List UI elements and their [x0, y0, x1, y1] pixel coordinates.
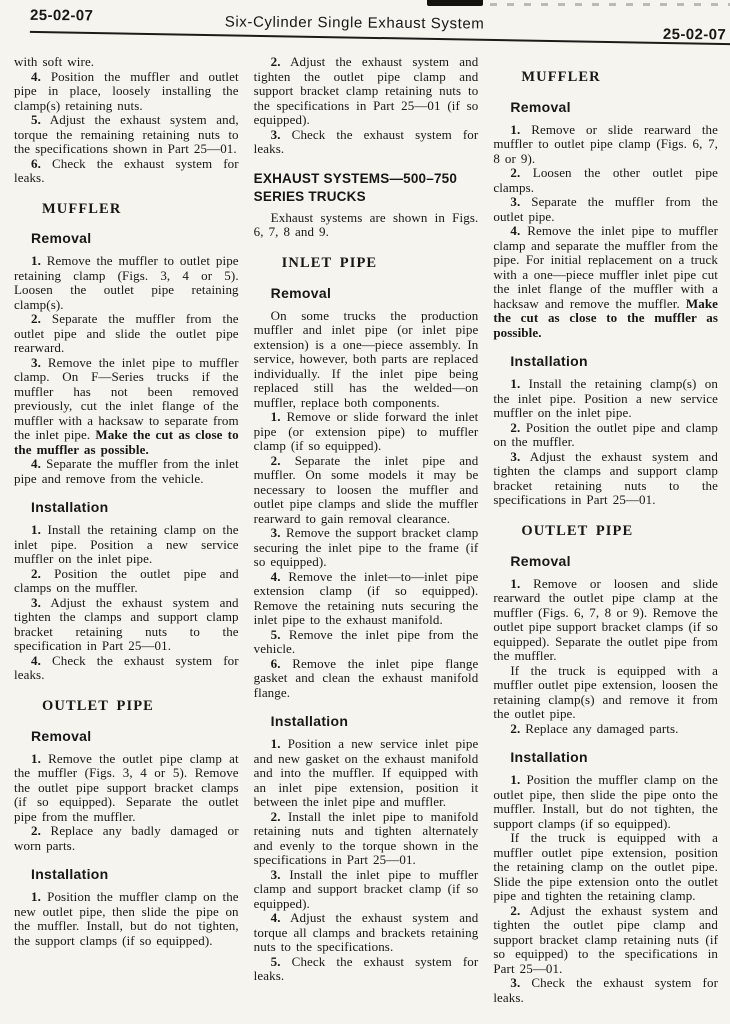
- subsection-heading: Removal: [31, 728, 239, 744]
- step-paragraph: 4. Separate the muffler from the inlet p…: [14, 457, 239, 486]
- step-number: 1.: [510, 576, 520, 591]
- step-paragraph: 3. Separate the muffler from the outlet …: [493, 195, 718, 224]
- text-run: Separate the inlet pipe and muffler. On …: [254, 453, 479, 526]
- page-header: 25-02-07 Six-Cylinder Single Exhaust Sys…: [0, 0, 730, 55]
- step-paragraph: 1. Install the retaining clamp(s) on the…: [493, 377, 718, 421]
- text-run: Position a new service inlet pipe and ne…: [254, 736, 479, 809]
- section-heading: MUFFLER: [42, 201, 239, 218]
- step-paragraph: 4. Adjust the exhaust system and torque …: [254, 911, 479, 955]
- step-paragraph: 1. Remove or loosen and slide rearward t…: [493, 577, 718, 664]
- step-paragraph: 4. Position the muffler and outlet pipe …: [14, 70, 239, 114]
- step-number: 2.: [271, 809, 281, 824]
- text-run: Position the outlet pipe and clamp on th…: [493, 420, 718, 450]
- step-number: 4.: [31, 456, 41, 471]
- text-run: Remove or slide forward the inlet pipe (…: [254, 409, 479, 453]
- step-number: 3.: [271, 867, 281, 882]
- text-run: Check the exhaust system for leaks.: [254, 954, 479, 984]
- step-paragraph: 3. Install the inlet pipe to muffler cla…: [254, 868, 479, 912]
- step-paragraph: 4. Remove the inlet pipe to muffler clam…: [493, 224, 718, 340]
- column-3: MUFFLERRemoval1. Remove or slide rearwar…: [493, 55, 718, 1024]
- text-run: Adjust the exhaust system and tighten th…: [493, 903, 718, 976]
- step-number: 1.: [271, 409, 281, 424]
- step-number: 2.: [31, 311, 41, 326]
- step-number: 4.: [31, 69, 41, 84]
- column-2: 2. Adjust the exhaust system and tighten…: [254, 55, 479, 1024]
- step-number: 3.: [510, 449, 520, 464]
- subsection-heading: Removal: [510, 99, 718, 115]
- step-number: 2.: [31, 566, 41, 581]
- step-paragraph: 1. Position the muffler clamp on the new…: [14, 890, 239, 948]
- subsection-heading: Installation: [31, 866, 239, 882]
- text-run: Position the muffler clamp on the outlet…: [493, 772, 718, 831]
- step-number: 2.: [271, 453, 281, 468]
- step-number: 5.: [271, 954, 281, 969]
- paragraph: If the truck is equipped with a muffler …: [493, 664, 718, 722]
- header-rule: [30, 31, 730, 45]
- continuation-paragraph: with soft wire.: [14, 55, 239, 70]
- manual-page: 25-02-07 Six-Cylinder Single Exhaust Sys…: [0, 0, 730, 1024]
- page-number-left: 25-02-07: [30, 8, 93, 23]
- step-paragraph: 3. Check the exhaust system for leaks.: [254, 128, 479, 157]
- text-run: Install the inlet pipe to muffler clamp …: [254, 867, 479, 911]
- step-number: 1.: [510, 122, 520, 137]
- text-run: Separate the muffler from the outlet pip…: [493, 194, 718, 224]
- step-paragraph: 5. Check the exhaust system for leaks.: [254, 955, 479, 984]
- step-paragraph: 3. Remove the support bracket clamp secu…: [254, 526, 479, 570]
- step-number: 3.: [510, 975, 520, 990]
- step-number: 6.: [271, 656, 281, 671]
- section-heading: MUFFLER: [521, 69, 718, 86]
- step-paragraph: 1. Position a new service inlet pipe and…: [254, 737, 479, 810]
- step-paragraph: 5. Adjust the exhaust system and, torque…: [14, 113, 239, 157]
- step-paragraph: 1. Remove or slide rearward the muffler …: [493, 123, 718, 167]
- step-number: 3.: [510, 194, 520, 209]
- text-run: If the truck is equipped with a muffler …: [493, 830, 718, 903]
- text-run: Check the exhaust system for leaks.: [493, 975, 718, 1005]
- text-run: Position the muffler clamp on the new ou…: [14, 889, 239, 948]
- text-run: Separate the muffler from the inlet pipe…: [14, 456, 239, 486]
- page-number-right: 25-02-07: [663, 27, 726, 42]
- step-number: 4.: [510, 223, 520, 238]
- step-paragraph: 4. Check the exhaust system for leaks.: [14, 654, 239, 683]
- step-paragraph: 2. Separate the muffler from the outlet …: [14, 312, 239, 356]
- step-number: 1.: [271, 736, 281, 751]
- text-run: Remove the outlet pipe clamp at the muff…: [14, 751, 239, 824]
- text-run: Position the outlet pipe and clamps on t…: [14, 566, 239, 596]
- step-paragraph: 2. Replace any badly damaged or worn par…: [14, 824, 239, 853]
- step-paragraph: 4. Remove the inlet—to—inlet pipe extens…: [254, 570, 479, 628]
- step-paragraph: 1. Remove the muffler to outlet pipe ret…: [14, 254, 239, 312]
- text-run: with soft wire.: [14, 54, 94, 69]
- subsection-heading: Installation: [510, 749, 718, 765]
- text-run: Check the exhaust system for leaks.: [14, 156, 239, 186]
- text-run: Remove or loosen and slide rearward the …: [493, 576, 718, 664]
- step-number: 6.: [31, 156, 41, 171]
- paragraph: On some trucks the production muffler an…: [254, 309, 479, 411]
- subsection-heading: Removal: [510, 553, 718, 569]
- step-number: 1.: [31, 522, 41, 537]
- step-number: 3.: [271, 525, 281, 540]
- text-run: Replace any badly damaged or worn parts.: [14, 823, 239, 853]
- step-paragraph: 3. Check the exhaust system for leaks.: [493, 976, 718, 1005]
- text-run: Remove the inlet pipe flange gasket and …: [254, 656, 479, 700]
- step-paragraph: 3. Adjust the exhaust system and tighten…: [493, 450, 718, 508]
- text-run: Adjust the exhaust system and torque all…: [254, 910, 479, 954]
- column-1: with soft wire.4. Position the muffler a…: [14, 55, 239, 1024]
- step-paragraph: 2. Adjust the exhaust system and tighten…: [493, 904, 718, 977]
- text-run: Remove the muffler to outlet pipe retain…: [14, 253, 239, 312]
- text-run: Check the exhaust system for leaks.: [254, 127, 479, 157]
- step-paragraph: 3. Remove the inlet pipe to muffler clam…: [14, 356, 239, 458]
- text-run: Remove the inlet pipe to muffler clamp a…: [493, 223, 718, 311]
- step-number: 3.: [271, 127, 281, 142]
- step-paragraph: 1. Position the muffler clamp on the out…: [493, 773, 718, 831]
- step-paragraph: 2. Replace any damaged parts.: [493, 722, 718, 737]
- text-run: Adjust the exhaust system and tighten th…: [14, 595, 239, 654]
- subsection-heading: Installation: [510, 353, 718, 369]
- step-number: 1.: [510, 376, 520, 391]
- step-number: 2.: [271, 54, 281, 69]
- step-number: 4.: [271, 569, 281, 584]
- step-number: 2.: [31, 823, 41, 838]
- step-number: 4.: [271, 910, 281, 925]
- step-number: 2.: [510, 903, 520, 918]
- text-run: Adjust the exhaust system and tighten th…: [493, 449, 718, 508]
- subsection-heading: Installation: [271, 713, 479, 729]
- text-run: Separate the muffler from the outlet pip…: [14, 311, 239, 355]
- step-number: 5.: [31, 112, 41, 127]
- text-run: Adjust the exhaust system and, torque th…: [14, 112, 239, 156]
- text-run: Install the retaining clamp(s) on the in…: [493, 376, 718, 420]
- paragraph: Exhaust systems are shown in Figs. 6, 7,…: [254, 211, 479, 240]
- major-heading: EXHAUST SYSTEMS—500–750 SERIES TRUCKS: [254, 170, 479, 206]
- subsection-heading: Removal: [271, 285, 479, 301]
- step-number: 1.: [510, 772, 520, 787]
- text-run: Replace any damaged parts.: [520, 721, 678, 736]
- text-run: Install the retaining clamp on the inlet…: [14, 522, 239, 566]
- section-heading: OUTLET PIPE: [521, 523, 718, 540]
- step-paragraph: 1. Install the retaining clamp on the in…: [14, 523, 239, 567]
- text-run: On some trucks the production muffler an…: [254, 308, 479, 410]
- text-run: Remove the inlet pipe from the vehicle.: [254, 627, 479, 657]
- subsection-heading: Installation: [31, 499, 239, 515]
- step-number: 3.: [31, 355, 41, 370]
- step-number: 1.: [31, 751, 41, 766]
- step-paragraph: 6. Check the exhaust system for leaks.: [14, 157, 239, 186]
- step-paragraph: 2. Separate the inlet pipe and muffler. …: [254, 454, 479, 527]
- text-run: Exhaust systems are shown in Figs. 6, 7,…: [254, 210, 479, 240]
- text-run: Loosen the other outlet pipe clamps.: [493, 165, 718, 195]
- page-title: Six-Cylinder Single Exhaust System: [225, 14, 485, 31]
- step-number: 2.: [510, 721, 520, 736]
- subsection-heading: Removal: [31, 230, 239, 246]
- text-run: Position the muffler and outlet pipe in …: [14, 69, 239, 113]
- text-run: Remove or slide rearward the muffler to …: [493, 122, 718, 166]
- section-heading: OUTLET PIPE: [42, 698, 239, 715]
- step-paragraph: 2. Position the outlet pipe and clamps o…: [14, 567, 239, 596]
- paragraph: If the truck is equipped with a muffler …: [493, 831, 718, 904]
- text-run: Remove the inlet—to—inlet pipe extension…: [254, 569, 479, 628]
- step-number: 1.: [31, 253, 41, 268]
- step-number: 1.: [31, 889, 41, 904]
- step-paragraph: 3. Adjust the exhaust system and tighten…: [14, 596, 239, 654]
- step-paragraph: 2. Adjust the exhaust system and tighten…: [254, 55, 479, 128]
- step-number: 3.: [31, 595, 41, 610]
- step-paragraph: 2. Loosen the other outlet pipe clamps.: [493, 166, 718, 195]
- step-number: 2.: [510, 420, 520, 435]
- step-paragraph: 2. Position the outlet pipe and clamp on…: [493, 421, 718, 450]
- step-paragraph: 2. Install the inlet pipe to manifold re…: [254, 810, 479, 868]
- step-number: 4.: [31, 653, 41, 668]
- section-heading: INLET PIPE: [282, 255, 479, 272]
- step-paragraph: 6. Remove the inlet pipe flange gasket a…: [254, 657, 479, 701]
- step-paragraph: 1. Remove or slide forward the inlet pip…: [254, 410, 479, 454]
- text-columns: with soft wire.4. Position the muffler a…: [14, 55, 718, 1024]
- step-paragraph: 1. Remove the outlet pipe clamp at the m…: [14, 752, 239, 825]
- text-run: Remove the support bracket clamp securin…: [254, 525, 479, 569]
- text-run: If the truck is equipped with a muffler …: [493, 663, 718, 722]
- text-run: Adjust the exhaust system and tighten th…: [254, 54, 479, 127]
- step-number: 5.: [271, 627, 281, 642]
- text-run: Check the exhaust system for leaks.: [14, 653, 239, 683]
- step-paragraph: 5. Remove the inlet pipe from the vehicl…: [254, 628, 479, 657]
- text-run: Install the inlet pipe to manifold retai…: [254, 809, 479, 868]
- step-number: 2.: [510, 165, 520, 180]
